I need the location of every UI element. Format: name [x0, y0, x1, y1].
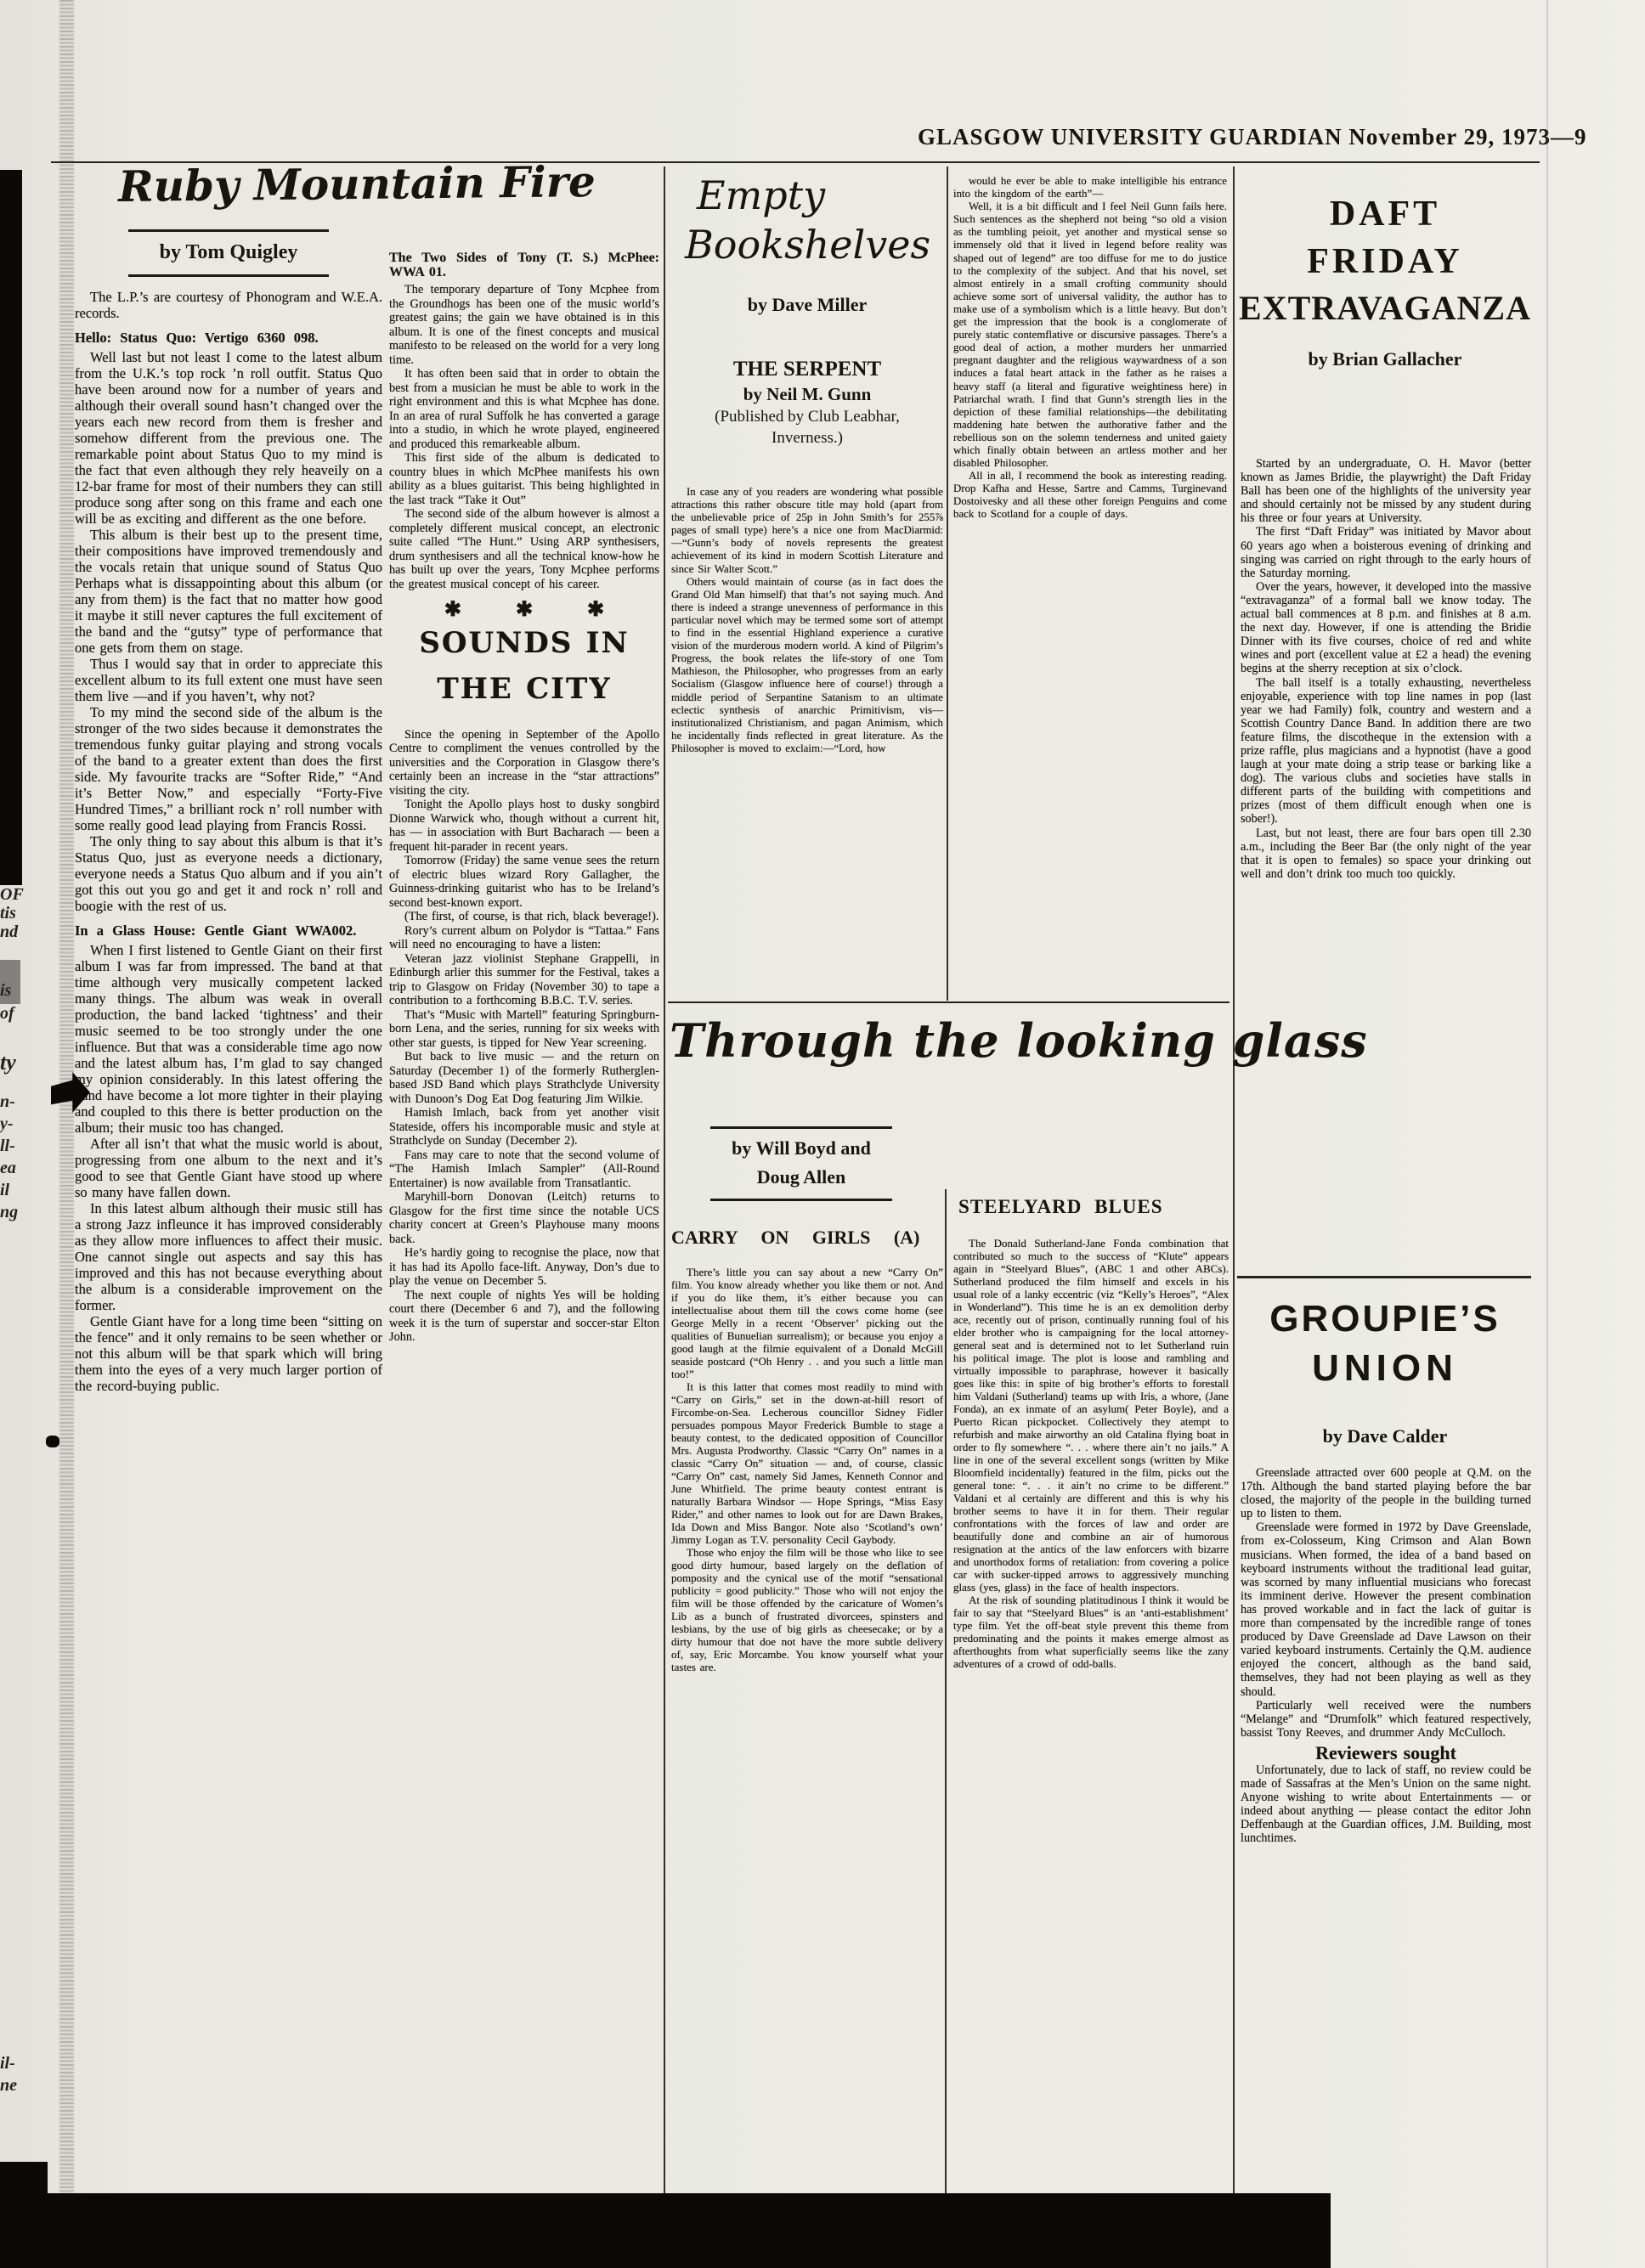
paragraph: Started by an undergraduate, O. H. Mavor…	[1241, 457, 1531, 525]
sounds-in-the-city-headline-line2: THE CITY	[389, 672, 659, 706]
tony-mcphee-subhead: The Two Sides of Tony (T. S.) McPhee: WW…	[389, 251, 659, 279]
paragraph: The only thing to say about this album i…	[75, 833, 382, 914]
paragraph: Fans may care to note that the second vo…	[389, 1148, 659, 1191]
records-courtesy-note: The L.P.’s are courtesy of Phonogram and…	[75, 289, 382, 321]
paragraph: Well last but not least I come to the la…	[75, 349, 382, 527]
margin-fragment: ty	[0, 1050, 16, 1075]
sounds-in-the-city-headline-line1: SOUNDS IN	[389, 626, 659, 660]
column-rule	[664, 166, 665, 2198]
margin-fragment: is	[0, 981, 11, 1001]
column-rule	[1233, 166, 1235, 2205]
serpent-review-text-a: In case any of you readers are wondering…	[671, 486, 943, 755]
paragraph: Particularly well received were the numb…	[1241, 1699, 1531, 1740]
through-the-looking-glass-headline: Through the looking glass	[670, 1014, 1229, 1067]
margin-fragment: il-	[0, 2054, 15, 2073]
gentle-giant-review: When I first listened to Gentle Giant on…	[75, 942, 382, 1394]
byline-rule-bottom	[128, 274, 329, 277]
paragraph: Greenslade were formed in 1972 by Dave G…	[1241, 1520, 1531, 1698]
scan-bottom-strip	[0, 2193, 1331, 2268]
daft-line3: EXTRAVAGANZA	[1237, 285, 1533, 331]
paragraph: There’s little you can say about a new “…	[671, 1266, 943, 1380]
paragraph: When I first listened to Gentle Giant on…	[75, 942, 382, 1136]
margin-fragment: nd	[0, 922, 18, 942]
paragraph: Last, but not least, there are four bars…	[1241, 827, 1531, 881]
paragraph: In this latest album although their musi…	[75, 1200, 382, 1313]
groupies-union-rule	[1237, 1276, 1531, 1278]
paragraph: That’s “Music with Martell” featuring Sp…	[389, 1008, 659, 1051]
paragraph: The second side of the album however is …	[389, 507, 659, 591]
ruby-mountain-fire-headline: Ruby Mountain Fire	[93, 157, 621, 212]
margin-fragment: ne	[0, 2076, 17, 2096]
byline-rule-top	[128, 229, 329, 232]
tony-mcphee-review: The temporary departure of Tony Mcphee f…	[389, 283, 659, 591]
daft-friday-headline: DAFT FRIDAY EXTRAVAGANZA by Brian Gallac…	[1237, 190, 1533, 372]
paragraph: Tonight the Apollo plays host to dusky s…	[389, 798, 659, 854]
byline-brian-gallacher: by Brian Gallacher	[1237, 331, 1533, 372]
paragraph: At the risk of sounding platitudinous I …	[953, 1594, 1229, 1670]
margin-fragment: il	[0, 1181, 9, 1200]
byline-dave-miller: by Dave Miller	[671, 294, 943, 316]
empty-bookshelves-headline-line2: Bookshelves	[685, 223, 940, 267]
will-boyd-doug-allen-byline-box: by Will Boyd and Doug Allen	[710, 1126, 892, 1201]
byline-rule-bottom	[710, 1199, 892, 1201]
empty-bookshelves-headline-line1: Empty	[697, 173, 935, 217]
paragraph: In case any of you readers are wondering…	[671, 486, 943, 576]
margin-fragment: tis	[0, 904, 16, 923]
byline-dave-calder: by Dave Calder	[1237, 1425, 1533, 1447]
stars-separator: ✱ ✱ ✱	[389, 603, 659, 618]
scan-right-edge	[1546, 0, 1548, 2268]
daft-friday-article: Started by an undergraduate, O. H. Mavor…	[1241, 457, 1531, 881]
paragraph: This first side of the album is dedicate…	[389, 451, 659, 507]
column-rule	[947, 166, 948, 1001]
book-publisher-line1: (Published by Club Leabhar,	[671, 406, 943, 427]
column-rule	[945, 1189, 947, 2200]
scan-small-blob	[46, 1436, 59, 1447]
byline-line2: Doug Allen	[710, 1165, 892, 1199]
paragraph: Unfortunately, due to lack of staff, no …	[1241, 1763, 1531, 1846]
groupies-union-headline: GROUPIE’S UNION	[1237, 1295, 1533, 1393]
margin-fragment: ll-	[0, 1137, 15, 1156]
margin-fragment: y-	[0, 1114, 14, 1134]
scan-black-block	[0, 170, 22, 885]
paragraph: Since the opening in September of the Ap…	[389, 728, 659, 798]
status-quo-review: Well last but not least I come to the la…	[75, 349, 382, 914]
paragraph: Rory’s current album on Polydor is “Tatt…	[389, 924, 659, 952]
paragraph: All in all, I recommend the book as inte…	[953, 470, 1227, 521]
carry-on-girls-review: There’s little you can say about a new “…	[671, 1266, 943, 1673]
book-author: by Neil M. Gunn	[671, 382, 943, 406]
ruby-article-column: by Tom Quigley The L.P.’s are courtesy o…	[75, 226, 382, 1394]
groupies-line1: GROUPIE’S	[1237, 1295, 1533, 1344]
margin-fragment: ng	[0, 1203, 18, 1222]
paragraph: After all isn’t that what the music worl…	[75, 1136, 382, 1200]
byline-tom-quigley: by Tom Quigley	[128, 235, 329, 271]
paragraph: Thus I would say that in order to apprec…	[75, 656, 382, 704]
newspaper-page: GLASGOW UNIVERSITY GUARDIAN November 29,…	[0, 0, 1645, 2268]
daft-line2: FRIDAY	[1237, 238, 1533, 285]
steelyard-blues-review: The Donald Sutherland-Jane Fonda combina…	[953, 1237, 1229, 1670]
paragraph: The ball itself is a totally exhausting,…	[1241, 676, 1531, 827]
gentle-giant-album-subhead: In a Glass House: Gentle Giant WWA002.	[75, 922, 382, 939]
sounds-in-the-city-article: Since the opening in September of the Ap…	[389, 728, 659, 1345]
looking-glass-rule	[668, 1001, 1230, 1003]
paragraph: The first “Daft Friday” was initiated by…	[1241, 525, 1531, 579]
paragraph: The Donald Sutherland-Jane Fonda combina…	[953, 1237, 1229, 1594]
book-title: THE SERPENT	[671, 357, 943, 382]
scan-bottom-strip-left	[0, 2162, 48, 2213]
paragraph: Hamish Imlach, back from yet another vis…	[389, 1106, 659, 1148]
paragraph: Well, it is a bit difficult and I feel N…	[953, 200, 1227, 470]
tony-mcphee-column: The Two Sides of Tony (T. S.) McPhee: WW…	[389, 243, 659, 1345]
carry-on-girls-subhead: CARRY ON GIRLS (A)	[671, 1227, 941, 1249]
margin-fragment: n-	[0, 1092, 15, 1112]
paragraph: To my mind the second side of the album …	[75, 704, 382, 833]
tom-quigley-byline-box: by Tom Quigley	[128, 229, 329, 277]
paragraph: Veteran jazz violinist Stephane Grappell…	[389, 952, 659, 1008]
book-review-heading: THE SERPENT by Neil M. Gunn (Published b…	[671, 357, 943, 449]
serpent-review-column-a: In case any of you readers are wondering…	[671, 486, 943, 755]
paragraph: Greenslade attracted over 600 people at …	[1241, 1466, 1531, 1520]
book-publisher-line2: Inverness.)	[671, 427, 943, 449]
paragraph: It is this latter that comes most readil…	[671, 1380, 943, 1546]
margin-fragment: OF	[0, 885, 24, 905]
status-quo-album-subhead: Hello: Status Quo: Vertigo 6360 098.	[75, 330, 382, 346]
paragraph: This album is their best up to the prese…	[75, 527, 382, 656]
reviewers-sought-subhead: Reviewers sought	[1241, 1746, 1531, 1760]
groupies-union-article: Greenslade attracted over 600 people at …	[1241, 1466, 1531, 1846]
margin-fragment: of	[0, 1004, 14, 1024]
masthead: GLASGOW UNIVERSITY GUARDIAN November 29,…	[918, 124, 1538, 150]
paragraph: The next couple of nights Yes will be ho…	[389, 1289, 659, 1345]
paragraph: Gentle Giant have for a long time been “…	[75, 1313, 382, 1394]
paragraph: Maryhill-born Donovan (Leitch) returns t…	[389, 1190, 659, 1246]
paragraph: But back to live music — and the return …	[389, 1050, 659, 1106]
serpent-review-text-b: would he ever be able to make intelligib…	[953, 175, 1227, 522]
margin-fragment: ea	[0, 1159, 16, 1178]
paragraph: would he ever be able to make intelligib…	[953, 175, 1227, 200]
paragraph: Others would maintain of course (as in f…	[671, 576, 943, 755]
paragraph: It has often been said that in order to …	[389, 367, 659, 451]
paragraph: (The first, of course, is that rich, bla…	[389, 910, 659, 924]
paragraph: Over the years, however, it developed in…	[1241, 580, 1531, 676]
paragraph: The temporary departure of Tony Mcphee f…	[389, 283, 659, 367]
serpent-review-column-b: would he ever be able to make intelligib…	[953, 175, 1227, 522]
steelyard-blues-subhead: STEELYARD BLUES	[958, 1196, 1230, 1218]
daft-line1: DAFT	[1237, 190, 1533, 238]
byline-line1: by Will Boyd and	[710, 1129, 892, 1165]
paragraph: He’s hardiy going to recognise the place…	[389, 1246, 659, 1289]
paragraph: Tomorrow (Friday) the same venue sees th…	[389, 854, 659, 910]
paragraph: Those who enjoy the film will be those w…	[671, 1546, 943, 1673]
groupies-line2: UNION	[1237, 1344, 1533, 1393]
